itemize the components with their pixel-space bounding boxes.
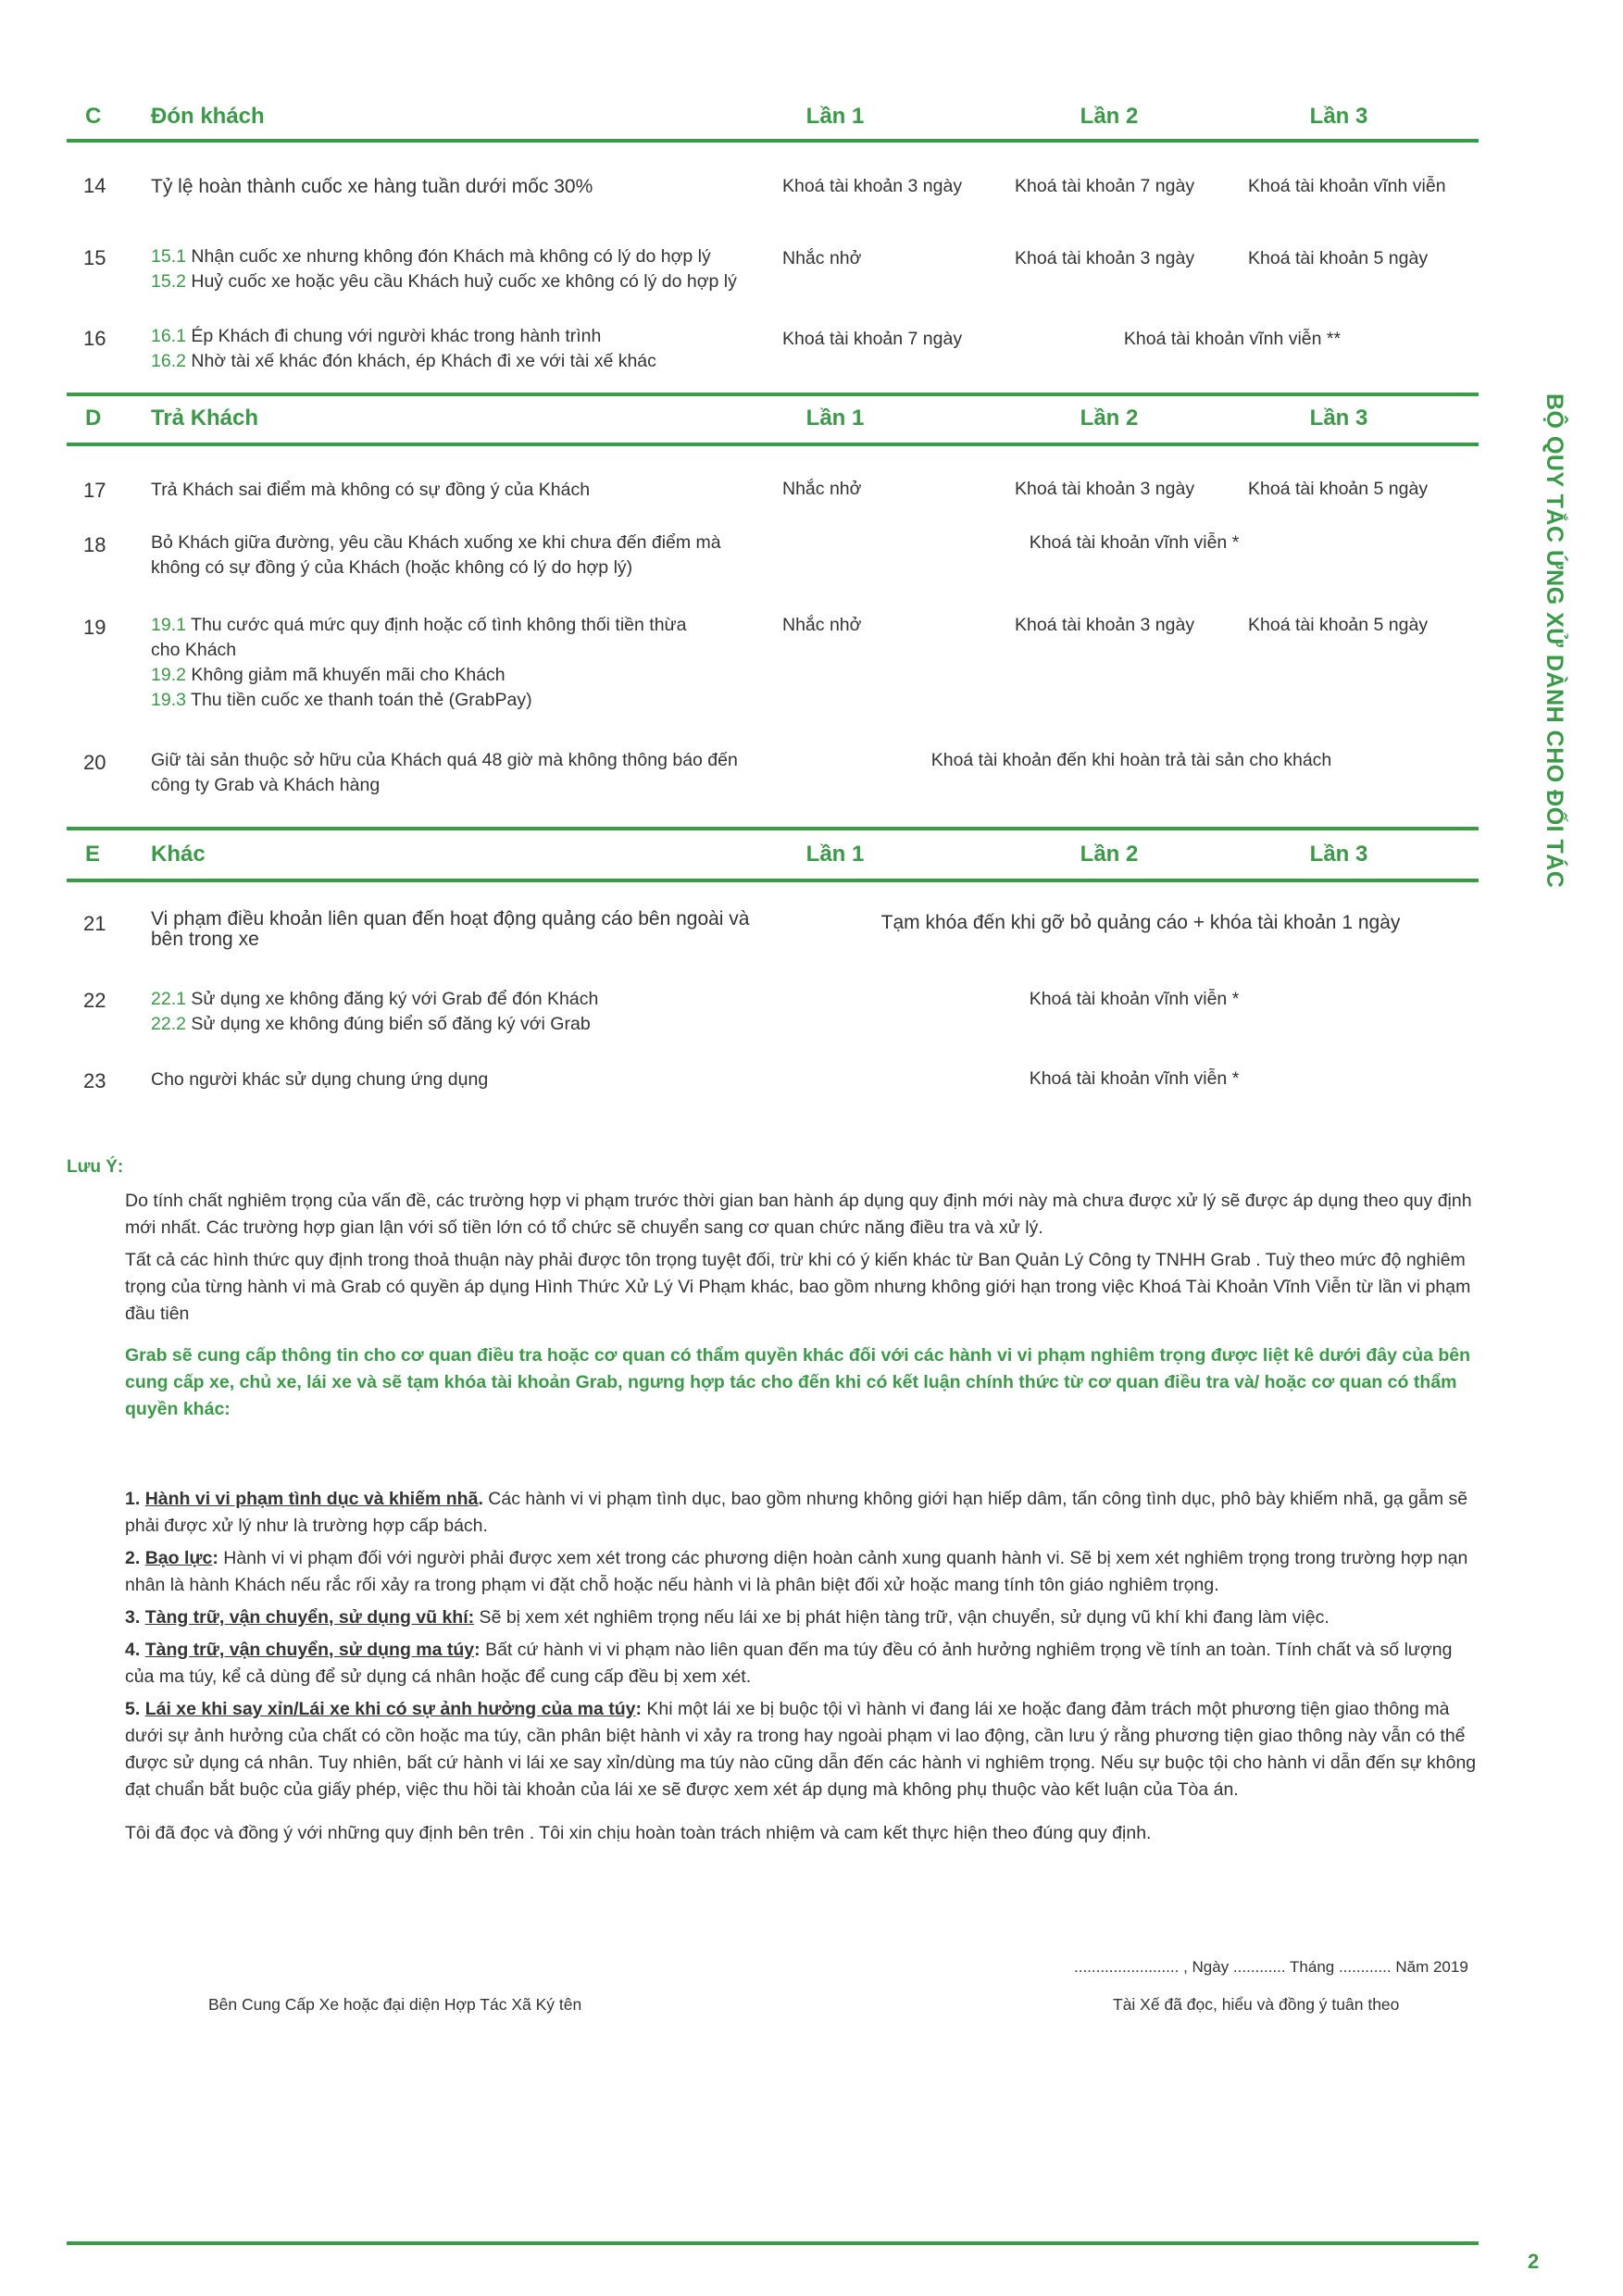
sub-id: 16.1 (151, 326, 186, 346)
row-number: 19 (83, 616, 106, 640)
column-header-lan2: Lần 2 (1080, 104, 1139, 130)
sub-text: Không giảm mã khuyến mãi cho Khách (191, 665, 505, 685)
sub-id: 22.1 (151, 989, 186, 1009)
sub-id: 19.2 (151, 665, 186, 685)
row-description: Giữ tài sản thuộc sở hữu của Khách quá 4… (151, 748, 743, 798)
row-number: 16 (83, 327, 106, 351)
sub-text: Nhận cuốc xe nhưng không đón Khách mà kh… (191, 246, 710, 267)
penalty-lan1: Khoá tài khoản 3 ngày (782, 176, 962, 197)
penalty-lan1: Nhắc nhở (782, 248, 861, 269)
penalty-lan1: Nhắc nhở (782, 615, 861, 636)
penalty-all: Khoá tài khoản vĩnh viễn * (1030, 532, 1240, 554)
row-description: Trả Khách sai điểm mà không có sự đồng ý… (151, 478, 753, 503)
sub-text: Huỷ cuốc xe hoặc yêu cầu Khách huỷ cuốc … (191, 271, 736, 292)
penalty-lan2: Khoá tài khoản 7 ngày (1015, 176, 1194, 197)
penalty-lan3: Khoá tài khoản 5 ngày (1248, 479, 1428, 500)
driver-signature-label: Tài Xế đã đọc, hiểu và đồng ý tuân theo (1113, 1995, 1399, 2015)
sub-text: Sử dụng xe không đăng ký với Grab để đón… (191, 989, 598, 1009)
penalty-lan2: Khoá tài khoản 3 ngày (1015, 615, 1194, 636)
column-header-lan1: Lần 1 (806, 842, 865, 867)
row-description: 15.1 Nhận cuốc xe nhưng không đón Khách … (151, 244, 753, 294)
row-description: Bỏ Khách giữa đường, yêu cầu Khách xuống… (151, 530, 725, 580)
notes-heading: Lưu Ý: (67, 1157, 123, 1178)
note-warning: Grab sẽ cung cấp thông tin cho cơ quan đ… (125, 1342, 1479, 1423)
page-number: 2 (1528, 2250, 1539, 2274)
sub-id: 15.2 (151, 271, 186, 292)
column-header-lan3: Lần 3 (1310, 842, 1368, 867)
divider (67, 443, 1479, 446)
penalty-lan2-lan3: Khoá tài khoản vĩnh viễn ** (1124, 329, 1341, 350)
section-letter: E (85, 842, 100, 867)
supplier-signature-label: Bên Cung Cấp Xe hoặc đại diện Hợp Tác Xã… (208, 1995, 581, 2015)
penalty-lan1: Khoá tài khoản 7 ngày (782, 329, 962, 350)
section-letter: D (85, 406, 101, 431)
sub-id: 19.3 (151, 690, 186, 710)
row-description: Cho người khác sử dụng chung ứng dụng (151, 1067, 753, 1092)
note-paragraph: Tất cả các hình thức quy định trong thoả… (125, 1247, 1479, 1328)
sub-text: Ép Khách đi chung với người khác trong h… (191, 326, 601, 346)
sub-id: 22.2 (151, 1014, 186, 1034)
row-number: 14 (83, 174, 106, 198)
penalty-lan2: Khoá tài khoản 3 ngày (1015, 479, 1194, 500)
row-description: Tỷ lệ hoàn thành cuốc xe hàng tuần dưới … (151, 174, 753, 199)
penalty-all: Khoá tài khoản vĩnh viễn * (1030, 989, 1240, 1010)
sub-id: 16.2 (151, 351, 186, 371)
penalty-lan3: Khoá tài khoản 5 ngày (1248, 248, 1428, 269)
row-description: 16.1 Ép Khách đi chung với người khác tr… (151, 324, 753, 374)
violation-item: 1. Hành vi vi phạm tình dục và khiếm nhã… (125, 1486, 1479, 1540)
sub-text: Thu tiền cuốc xe thanh toán thẻ (GrabPay… (191, 690, 532, 710)
penalty-all: Tạm khóa đến khi gỡ bỏ quảng cáo + khóa … (881, 912, 1401, 934)
penalty-lan3: Khoá tài khoản 5 ngày (1248, 615, 1428, 636)
sub-text: Sử dụng xe không đúng biển số đăng ký vớ… (191, 1014, 590, 1034)
violation-item: 3. Tàng trữ, vận chuyển, sử dụng vũ khí:… (125, 1604, 1479, 1631)
notes-body: Do tính chất nghiêm trọng của vấn đề, cá… (125, 1188, 1479, 1429)
violation-item: 5. Lái xe khi say xỉn/Lái xe khi có sự ả… (125, 1696, 1479, 1803)
sub-text: Thu cước quá mức quy định hoặc cố tình k… (151, 615, 686, 660)
violation-item: 2. Bạo lực: Hành vi vi phạm đối với ngườ… (125, 1545, 1479, 1599)
column-header-lan3: Lần 3 (1310, 406, 1368, 431)
row-number: 22 (83, 989, 106, 1013)
row-description: 19.1 Thu cước quá mức quy định hoặc cố t… (151, 613, 688, 713)
column-header-lan3: Lần 3 (1310, 104, 1368, 130)
divider (67, 139, 1479, 143)
sub-id: 19.1 (151, 615, 186, 635)
column-header-lan2: Lần 2 (1080, 842, 1139, 867)
divider (67, 879, 1479, 882)
divider (67, 393, 1479, 396)
violation-item: 4. Tàng trữ, vận chuyển, sử dụng ma túy:… (125, 1637, 1479, 1691)
penalty-lan1: Nhắc nhở (782, 479, 861, 500)
column-header-lan2: Lần 2 (1080, 406, 1139, 431)
date-line: ........................ , Ngày ........… (1074, 1958, 1468, 1977)
penalty-lan3: Khoá tài khoản vĩnh viễn (1248, 176, 1446, 197)
section-title: Trả Khách (151, 406, 258, 431)
note-paragraph: Do tính chất nghiêm trọng của vấn đề, cá… (125, 1188, 1479, 1242)
penalty-lan2: Khoá tài khoản 3 ngày (1015, 248, 1194, 269)
column-header-lan1: Lần 1 (806, 104, 865, 130)
row-number: 18 (83, 533, 106, 557)
agreement-statement: Tôi đã đọc và đồng ý với những quy định … (125, 1820, 1479, 1847)
row-number: 15 (83, 246, 106, 270)
sub-id: 15.1 (151, 246, 186, 267)
side-title: BỘ QUY TẮC ỨNG XỬ DÀNH CHO ĐỐI TÁC (1541, 393, 1567, 888)
section-title: Khác (151, 842, 206, 867)
divider (67, 827, 1479, 830)
penalty-all: Khoá tài khoản vĩnh viễn * (1030, 1068, 1240, 1090)
row-description: 22.1 Sử dụng xe không đăng ký với Grab đ… (151, 987, 753, 1037)
penalty-all: Khoá tài khoản đến khi hoàn trả tài sản … (931, 750, 1332, 771)
row-number: 21 (83, 912, 106, 936)
row-number: 17 (83, 479, 106, 503)
sub-text: Nhờ tài xế khác đón khách, ép Khách đi x… (191, 351, 656, 371)
section-title: Đón khách (151, 104, 265, 130)
row-description: Vi phạm điều khoản liên quan đến hoạt độ… (151, 909, 771, 950)
row-number: 20 (83, 751, 106, 775)
violation-list: 1. Hành vi vi phạm tình dục và khiếm nhã… (125, 1486, 1479, 1853)
column-header-lan1: Lần 1 (806, 406, 865, 431)
section-letter: C (85, 104, 101, 130)
footer-divider (67, 2241, 1479, 2245)
row-number: 23 (83, 1069, 106, 1093)
